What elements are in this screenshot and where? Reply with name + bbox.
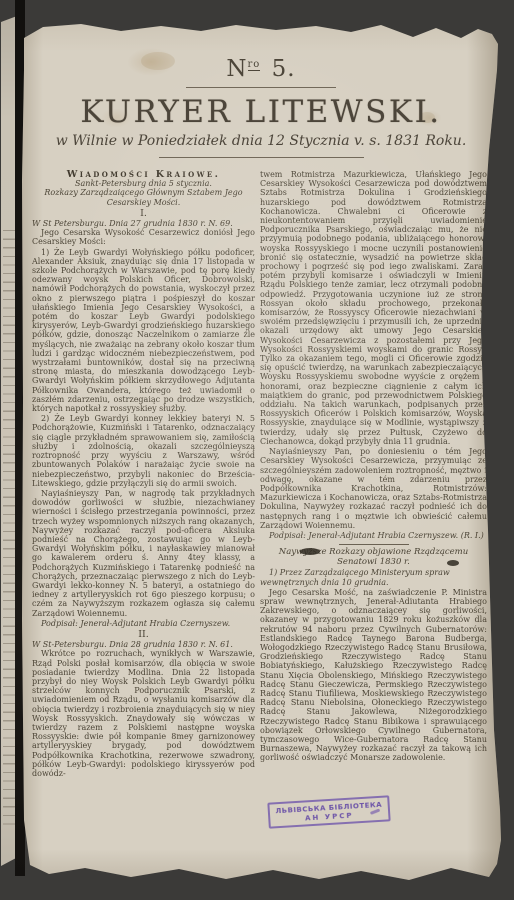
- section-heading: Wiadomości Kraiowe.: [32, 170, 255, 179]
- issue-superscript: ro: [248, 59, 261, 71]
- masthead-dateline: w Wilnie w Poniedziałek dnia 12 Stycznia…: [21, 133, 501, 149]
- paragraph: Nayiaśnieyszy Pan, w nagrodę tak przykła…: [32, 489, 255, 618]
- issue-number: Nro 5.: [21, 56, 501, 82]
- order-dateline: W St Petersburgu. Dnia 27 grudnia 1830 r…: [32, 219, 255, 228]
- signature-line: Podpisał: Jenerał-Adjutant Hrabia Czerny…: [260, 531, 487, 540]
- divider-rule: [186, 87, 336, 88]
- paragraph: 1) Że Leyb Gwardyi Wołyńskiego półku pod…: [32, 248, 255, 414]
- decree-subheading: 1) Przez Zarządzaiącego Ministeryum spra…: [260, 568, 487, 586]
- paragraph: 2) Że Leyb Gwardyi konney lekkiey batery…: [32, 414, 255, 488]
- masthead: Nro 5. KURYER LITEWSKI. w Wilnie w Ponie…: [21, 0, 501, 158]
- library-stamp: ЛЬВІВСЬКА БІБЛІОТЕКА АН УРСР: [267, 795, 390, 828]
- paragraph: Jego Cesarska Wysokość Cesarzewicz donió…: [32, 228, 255, 246]
- paragraph: Wkrótce po rozruchach, wynikłych w Warsz…: [32, 649, 255, 778]
- paragraph: Nayiaśnieyszy Pan, po doniesieniu o tém …: [260, 447, 487, 530]
- newspaper-title: KURYER LITEWSKI.: [21, 94, 501, 130]
- signature-line: Podpisał: Jenerał-Adjutant Hrabia Czerny…: [32, 619, 255, 628]
- scanned-page-background: Nro 5. KURYER LITEWSKI. w Wilnie w Ponie…: [0, 0, 514, 900]
- issue-prefix: N: [226, 56, 247, 82]
- newspaper-sheet: Nro 5. KURYER LITEWSKI. w Wilnie w Ponie…: [21, 0, 501, 895]
- place-dateline: Sankt-Petersburg dnia 5 stycznia.: [32, 179, 255, 188]
- ink-blot: [447, 560, 459, 566]
- order-numeral: II.: [32, 630, 255, 639]
- order-dateline: W St-Petersburgu. Dnia 28 grudnia 1830 r…: [32, 640, 255, 649]
- decree-heading: Naywyższe Rozkazy objawione Rządzącemu S…: [264, 548, 483, 567]
- left-column: Wiadomości Kraiowe. Sankt-Petersburg dni…: [32, 170, 255, 779]
- adjacent-page-text-fragments: [3, 230, 15, 830]
- divider-rule: [159, 157, 364, 158]
- issue-value: 5.: [272, 56, 296, 82]
- divider-rule: [339, 544, 409, 545]
- article-columns: Wiadomości Kraiowe. Sankt-Petersburg dni…: [21, 170, 501, 779]
- paragraph: Jego Cesarska Mość, na zaświadczenie P. …: [260, 588, 487, 763]
- orders-heading: Rozkazy Zarządzaiącego Głównym Sztabem J…: [32, 188, 255, 206]
- order-numeral: I.: [32, 209, 255, 218]
- paragraph: twem Rotmistrza Mazurkiewicza, Ułańskieg…: [260, 170, 487, 446]
- right-column: twem Rotmistrza Mazurkiewicza, Ułańskieg…: [260, 170, 487, 779]
